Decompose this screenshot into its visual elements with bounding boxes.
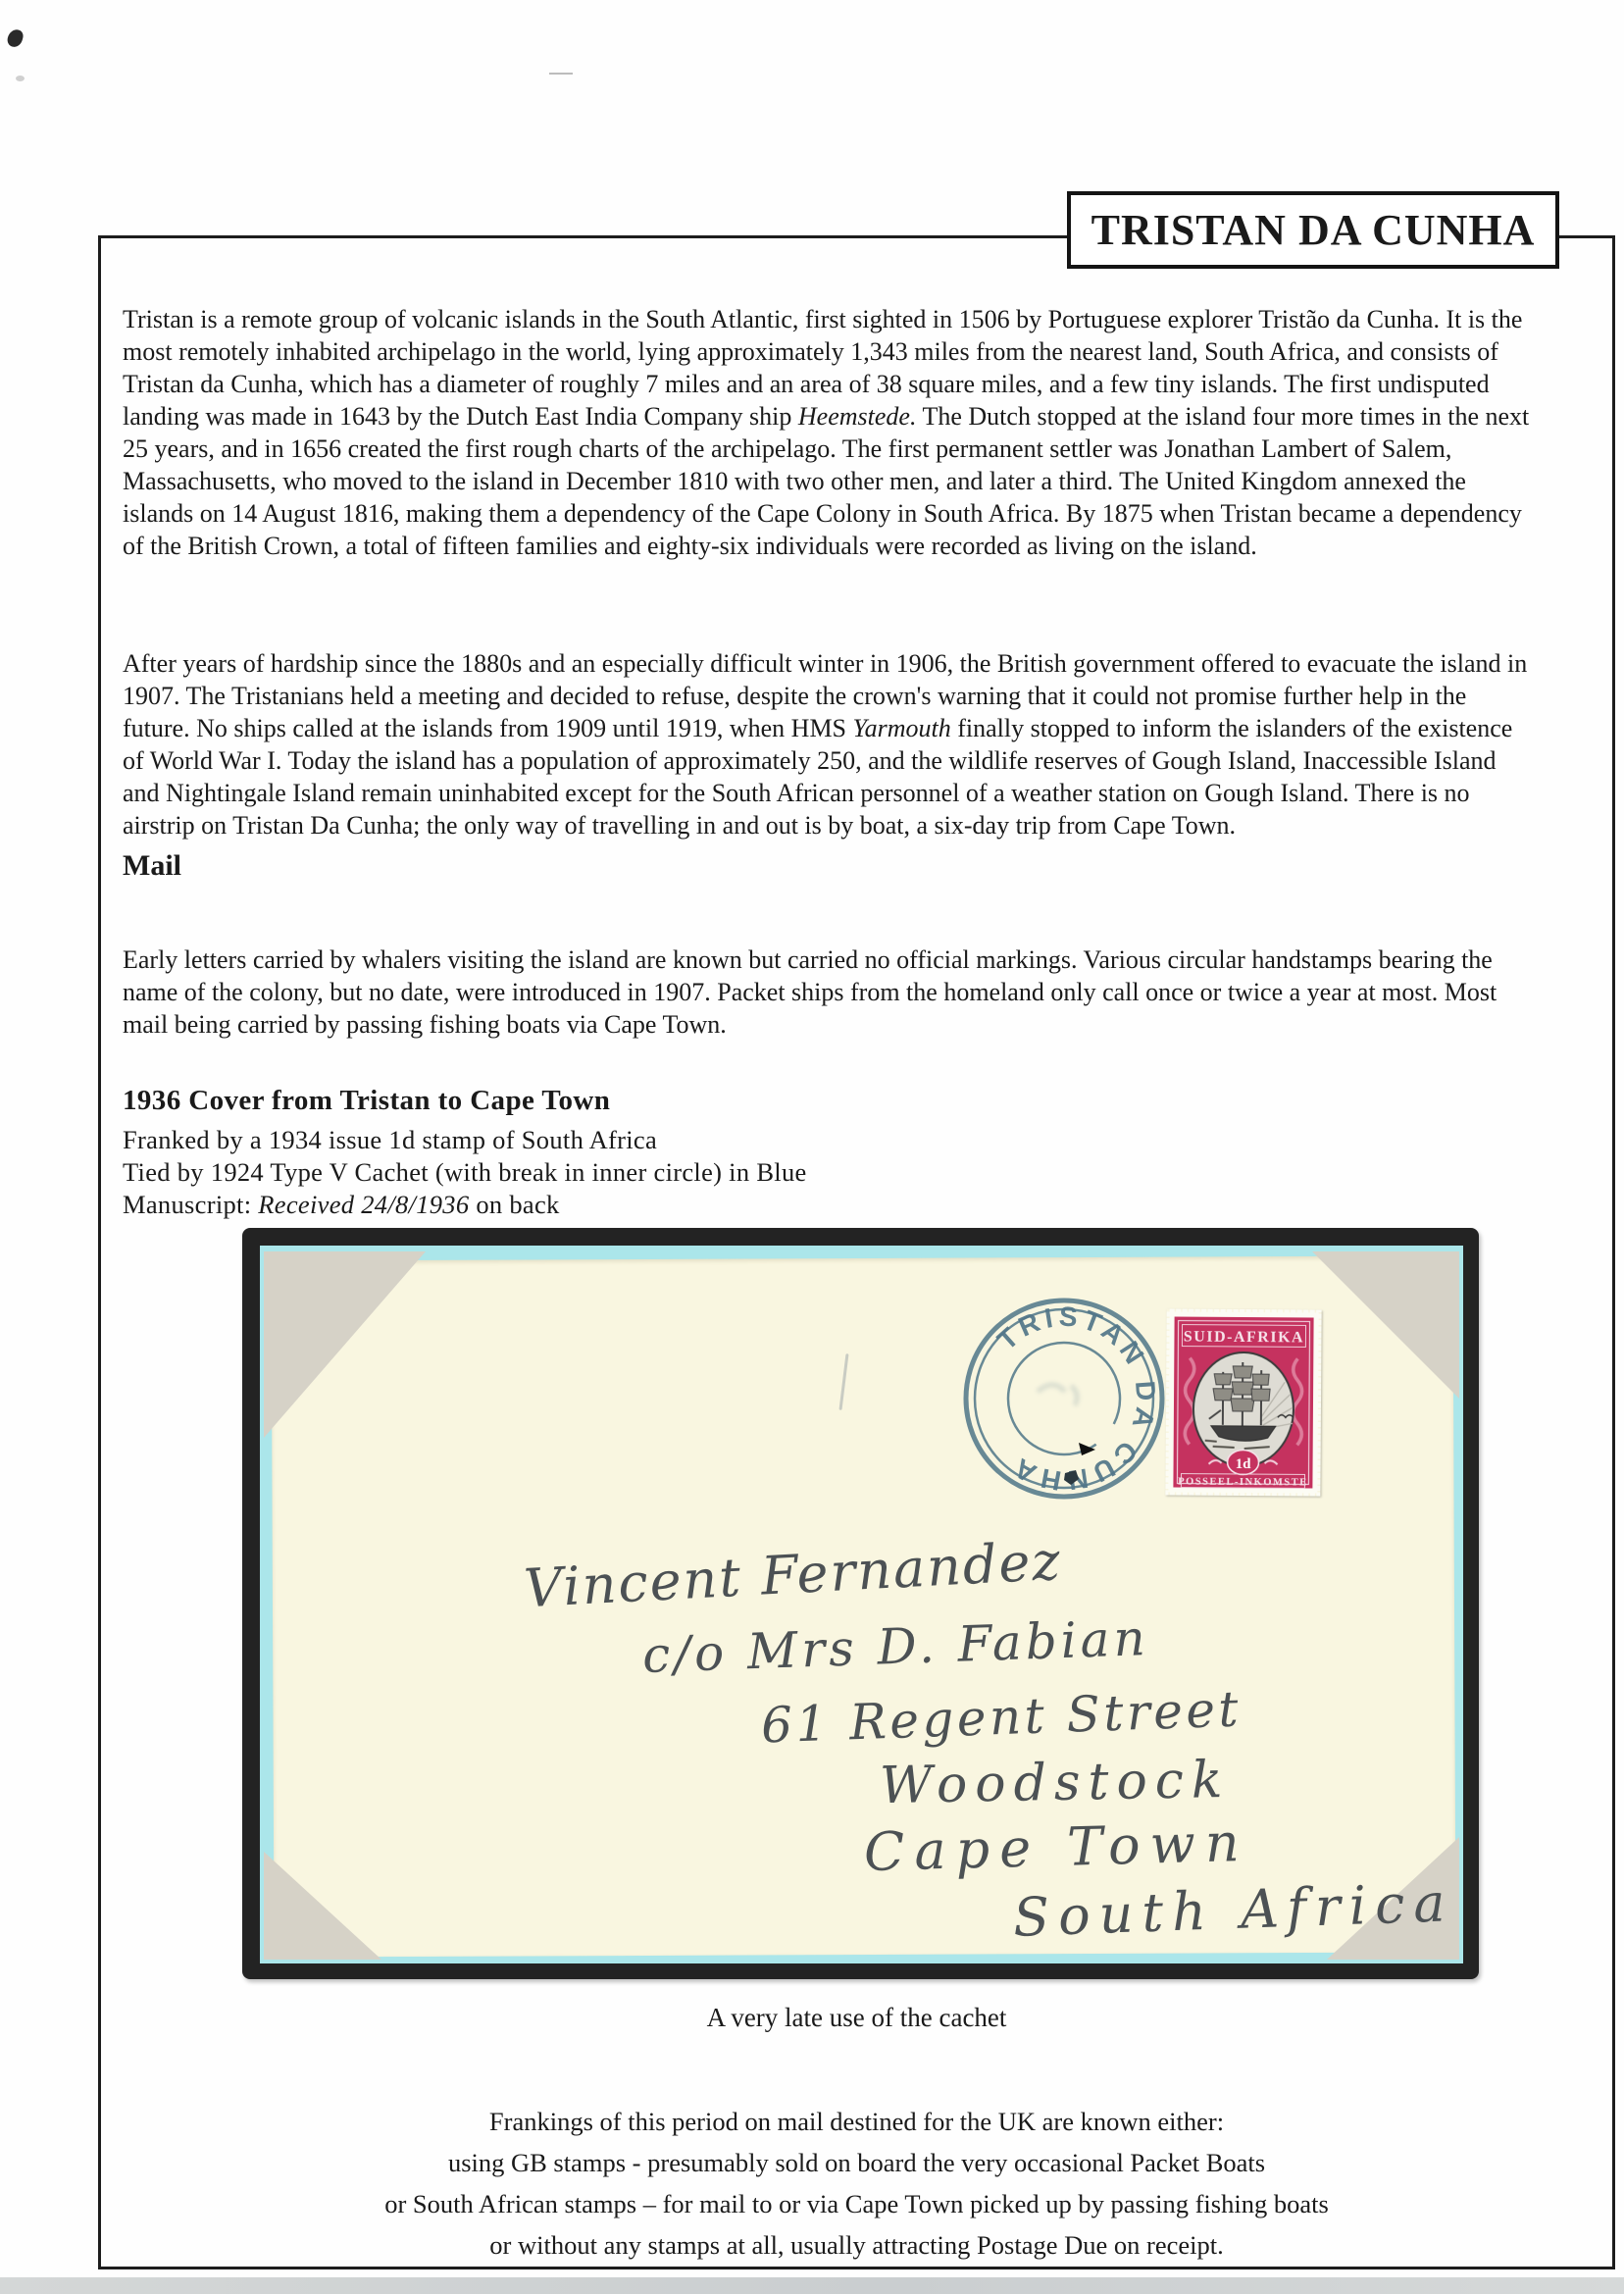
cover-description-line-2: Tied by 1924 Type V Cachet (with break i… [123, 1156, 807, 1189]
mail-paragraph: Early letters carried by whalers visitin… [123, 943, 1537, 1041]
page-title: TRISTAN DA CUNHA [1091, 205, 1536, 255]
stamp-bottom-label: POSSEEL-INKOMSTE [1178, 1477, 1308, 1489]
south-africa-1d-stamp: SUID-AFRIKA [1165, 1308, 1321, 1496]
frankings-note-line-4: or without any stamps at all, usually at… [98, 2224, 1615, 2266]
scan-speck [549, 73, 573, 75]
cover-description: Franked by a 1934 issue 1d stamp of Sout… [123, 1124, 807, 1221]
manuscript-smudge [1038, 1385, 1077, 1405]
arrow-mark [1079, 1443, 1095, 1455]
postmark-text: TRISTAN DA CUNHA [951, 1286, 1177, 1511]
faint-smudge [16, 76, 25, 81]
frankings-note-line-3: or South African stamps – for mail to or… [98, 2183, 1615, 2224]
cover-caption: A very late use of the cachet [98, 2003, 1615, 2033]
frankings-note-line-2: using GB stamps - presumably sold on boa… [98, 2142, 1615, 2183]
page-title-box: TRISTAN DA CUNHA [1067, 191, 1559, 269]
cover-section-heading: 1936 Cover from Tristan to Cape Town [123, 1085, 610, 1117]
scan-edge-band [0, 2277, 1624, 2294]
cover-description-line-1: Franked by a 1934 issue 1d stamp of Sout… [123, 1124, 807, 1156]
history-paragraph: After years of hardship since the 1880s … [123, 647, 1537, 841]
address-line-city: Cape Town [863, 1811, 1249, 1883]
mail-heading: Mail [123, 849, 181, 883]
svg-text:TRISTAN DA CUNHA: TRISTAN DA CUNHA [951, 1286, 1177, 1511]
address-line-suburb: Woodstock [880, 1751, 1231, 1815]
exhibit-page: TRISTAN DA CUNHA Tristan is a remote gro… [0, 0, 1624, 2294]
stamp-country-label: SUID-AFRIKA [1184, 1329, 1304, 1347]
cover-description-line-3: Manuscript: Received 24/8/1936 on back [123, 1189, 807, 1221]
ink-blot-mark [6, 27, 25, 48]
frankings-note-line-1: Frankings of this period on mail destine… [98, 2101, 1615, 2142]
stamp-value: 1d [1236, 1456, 1252, 1472]
frankings-note: Frankings of this period on mail destine… [98, 2101, 1615, 2266]
cover-display-mat: TRISTAN DA CUNHA SUID-AFRIKA [242, 1228, 1479, 1979]
intro-paragraph: Tristan is a remote group of volcanic is… [123, 303, 1537, 562]
tristan-cachet-postmark: TRISTAN DA CUNHA [951, 1286, 1177, 1511]
